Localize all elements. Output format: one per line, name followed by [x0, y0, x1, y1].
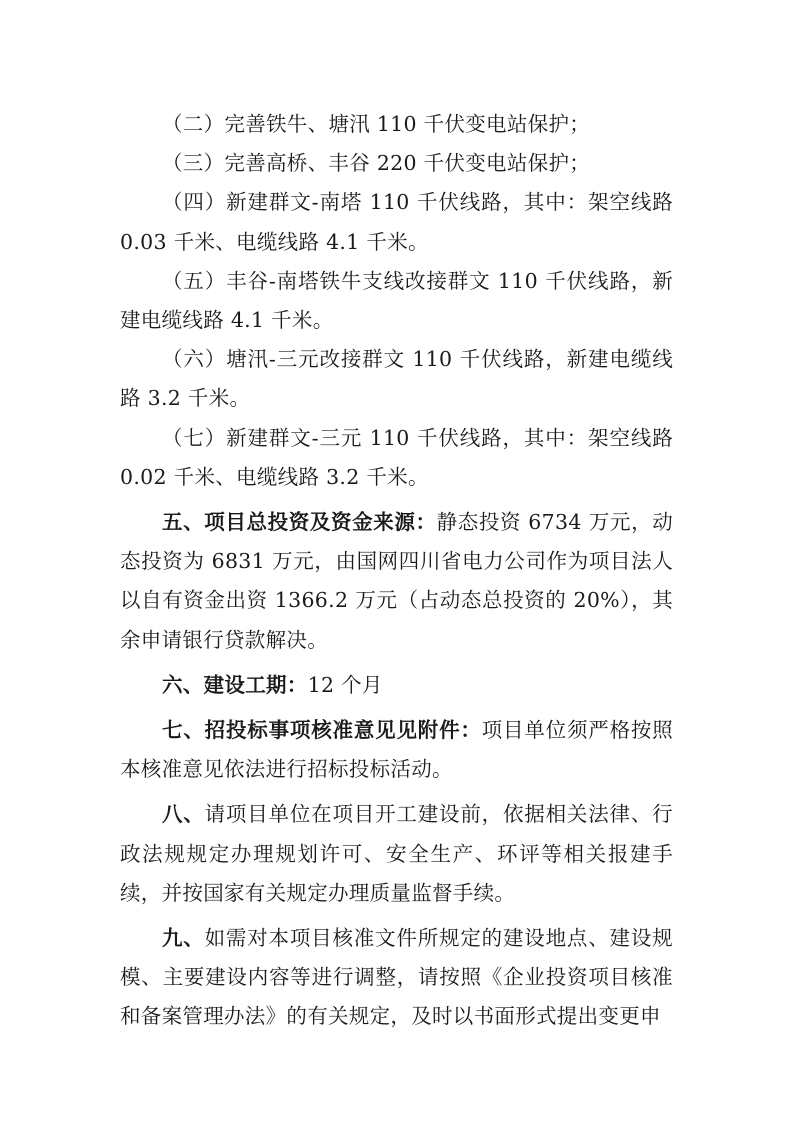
- paragraph-section-8: 八、请项目单位在项目开工建设前，依据相关法律、行政法规规定办理规划许可、安全生产…: [120, 795, 673, 913]
- paragraph-section-9: 九、如需对本项目核准文件所规定的建设地点、建设规模、主要建设内容等进行调整，请按…: [120, 919, 673, 1037]
- section-heading: 六、建设工期：: [162, 673, 308, 697]
- paragraph-text: （六）塘汛-三元改接群文 110 千伏线路，新建电缆线路 3.2 千米。: [120, 347, 673, 410]
- paragraph-text: （三）完善高桥、丰谷 220 千伏变电站保护；: [162, 151, 590, 175]
- paragraph-text: （四）新建群文-南塔 110 千伏线路，其中：架空线路 0.03 千米、电缆线路…: [120, 190, 673, 253]
- paragraph-item-4: （四）新建群文-南塔 110 千伏线路，其中：架空线路 0.03 千米、电缆线路…: [120, 183, 673, 261]
- section-heading: 七、招投标事项核准意见见附件：: [162, 718, 482, 742]
- section-heading: 九、: [162, 926, 205, 950]
- paragraph-section-7: 七、招投标事项核准意见见附件：项目单位须严格按照本核准意见依法进行招标投标活动。: [120, 711, 673, 789]
- paragraph-text: （七）新建群文-三元 110 千伏线路，其中：架空线路 0.02 千米、电缆线路…: [120, 426, 673, 489]
- paragraph-item-3: （三）完善高桥、丰谷 220 千伏变电站保护；: [120, 144, 673, 183]
- paragraph-section-5: 五、项目总投资及资金来源：静态投资 6734 万元，动态投资为 6831 万元，…: [120, 503, 673, 660]
- paragraph-text: 12 个月: [308, 673, 383, 697]
- section-heading: 五、项目总投资及资金来源：: [162, 510, 437, 534]
- paragraph-item-6: （六）塘汛-三元改接群文 110 千伏线路，新建电缆线路 3.2 千米。: [120, 340, 673, 418]
- paragraph-item-2: （二）完善铁牛、塘汛 110 千伏变电站保护；: [120, 105, 673, 144]
- document-page: （二）完善铁牛、塘汛 110 千伏变电站保护； （三）完善高桥、丰谷 220 千…: [120, 105, 673, 1037]
- section-heading: 八、: [162, 802, 205, 826]
- paragraph-text: （二）完善铁牛、塘汛 110 千伏变电站保护；: [162, 112, 590, 136]
- paragraph-item-5: （五）丰谷-南塔铁牛支线改接群文 110 千伏线路，新建电缆线路 4.1 千米。: [120, 262, 673, 340]
- paragraph-section-6: 六、建设工期：12 个月: [120, 666, 673, 705]
- paragraph-text: （五）丰谷-南塔铁牛支线改接群文 110 千伏线路，新建电缆线路 4.1 千米。: [120, 269, 673, 332]
- paragraph-item-7: （七）新建群文-三元 110 千伏线路，其中：架空线路 0.02 千米、电缆线路…: [120, 419, 673, 497]
